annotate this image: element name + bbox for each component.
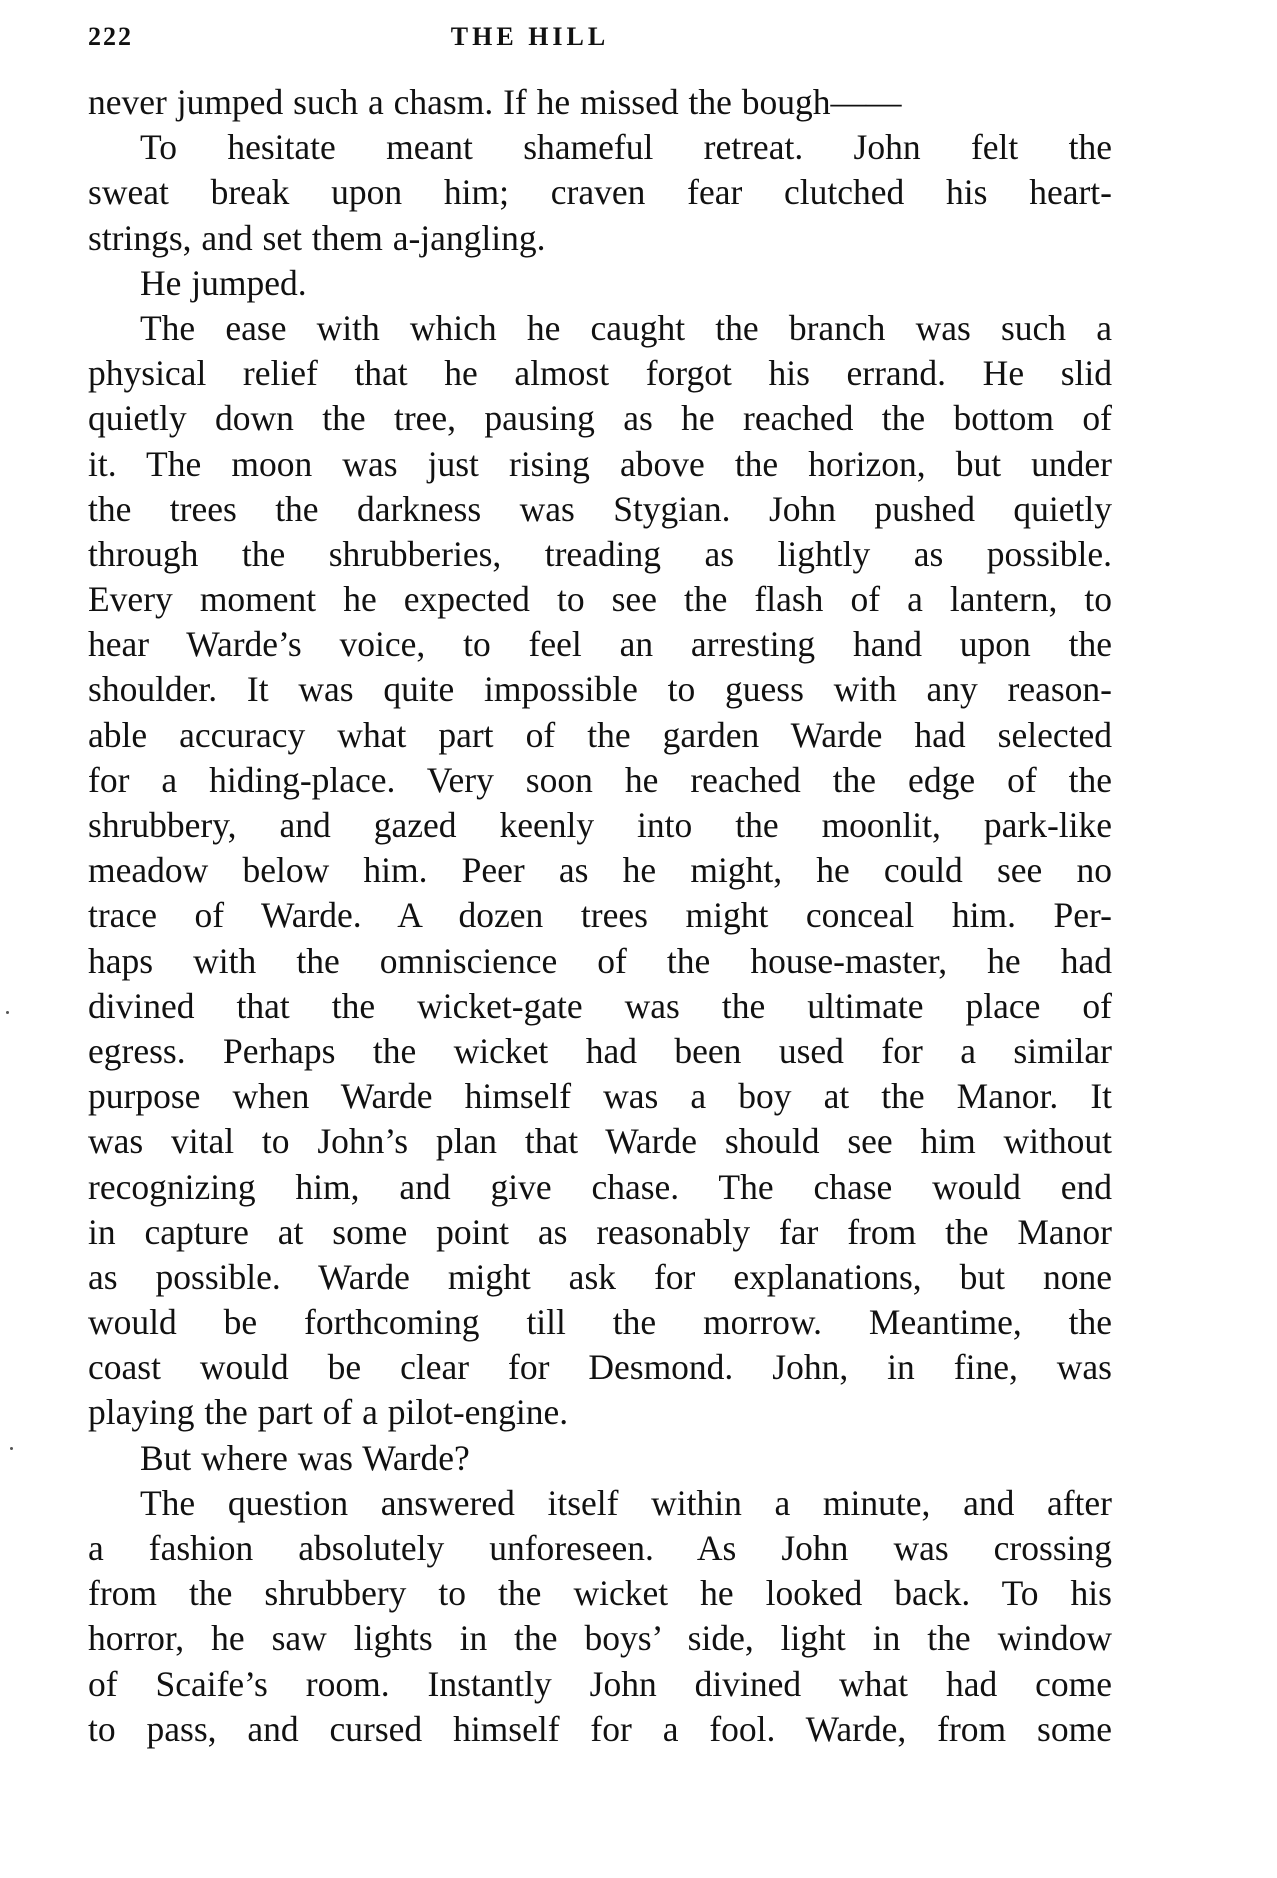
text-line: recognizing him, and give chase. The cha… [88, 1165, 1112, 1210]
text-line: coast would be clear for Desmond. John, … [88, 1345, 1112, 1390]
text-line: in capture at some point as reasonably f… [88, 1210, 1112, 1255]
text-line: shrubbery, and gazed keenly into the moo… [88, 803, 1112, 848]
body-text: never jumped such a chasm. If he missed … [88, 80, 1112, 1752]
running-head: 222 THE HILL [88, 22, 1112, 62]
text-line: was vital to John’s plan that Warde shou… [88, 1119, 1112, 1164]
text-line: trace of Warde. A dozen trees might conc… [88, 893, 1112, 938]
text-line: quietly down the tree, pausing as he rea… [88, 396, 1112, 441]
text-line: would be forthcoming till the morrow. Me… [88, 1300, 1112, 1345]
text-line: The ease with which he caught the branch… [88, 306, 1112, 351]
text-line: of Scaife’s room. Instantly John divined… [88, 1662, 1112, 1707]
text-line: sweat break upon him; craven fear clutch… [88, 170, 1112, 215]
text-line: divined that the wicket-gate was the ult… [88, 984, 1112, 1029]
text-line: shoulder. It was quite impossible to gue… [88, 667, 1112, 712]
text-line: playing the part of a pilot-engine. [88, 1390, 1112, 1435]
text-line: never jumped such a chasm. If he missed … [88, 80, 1112, 125]
text-line: hear Warde’s voice, to feel an arresting… [88, 622, 1112, 667]
text-line: purpose when Warde himself was a boy at … [88, 1074, 1112, 1119]
text-line: The question answered itself within a mi… [88, 1481, 1112, 1526]
text-line: meadow below him. Peer as he might, he c… [88, 848, 1112, 893]
text-line: horror, he saw lights in the boys’ side,… [88, 1616, 1112, 1661]
text-line: But where was Warde? [88, 1436, 1112, 1481]
text-line: Every moment he expected to see the flas… [88, 577, 1112, 622]
text-line: as possible. Warde might ask for explana… [88, 1255, 1112, 1300]
book-page: 222 THE HILL never jumped such a chasm. … [88, 0, 1112, 1752]
text-line: To hesitate meant shameful retreat. John… [88, 125, 1112, 170]
text-line: through the shrubberies, treading as lig… [88, 532, 1112, 577]
text-line: the trees the darkness was Stygian. John… [88, 487, 1112, 532]
text-line: to pass, and cursed himself for a fool. … [88, 1707, 1112, 1752]
running-title: THE HILL [88, 22, 1112, 52]
text-line: egress. Perhaps the wicket had been used… [88, 1029, 1112, 1074]
text-line: physical relief that he almost forgot hi… [88, 351, 1112, 396]
text-line: He jumped. [88, 261, 1112, 306]
text-line: from the shrubbery to the wicket he look… [88, 1571, 1112, 1616]
text-line: strings, and set them a-jangling. [88, 216, 1112, 261]
text-line: able accuracy what part of the garden Wa… [88, 713, 1112, 758]
text-line: haps with the omniscience of the house-m… [88, 939, 1112, 984]
text-line: it. The moon was just rising above the h… [88, 442, 1112, 487]
scan-speck [6, 1011, 9, 1014]
text-line: a fashion absolutely unforeseen. As John… [88, 1526, 1112, 1571]
text-line: for a hiding-place. Very soon he reached… [88, 758, 1112, 803]
scan-speck [10, 1447, 13, 1450]
